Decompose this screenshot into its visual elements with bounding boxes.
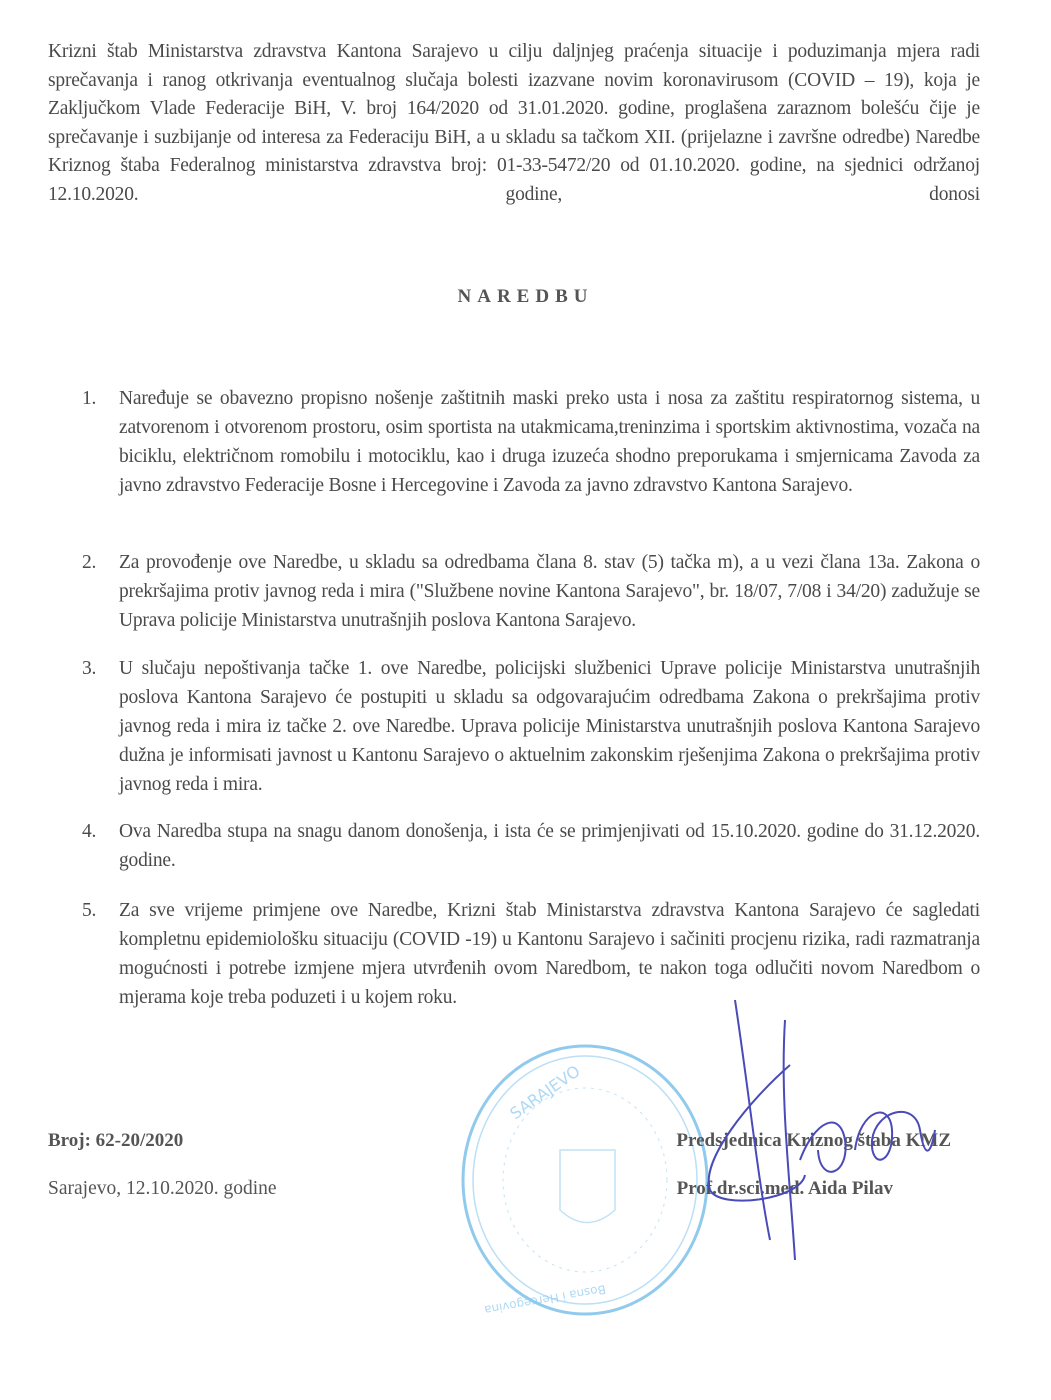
item-text: Ova Naredba stupa na snagu danom donošen… (119, 817, 980, 875)
list-item: 4. Ova Naredba stupa na snagu danom dono… (78, 817, 980, 875)
item-text: Naređuje se obavezno propisno nošenje za… (119, 384, 980, 500)
item-number: 5. (78, 896, 119, 1012)
item-number: 1. (78, 384, 119, 500)
item-number: 4. (78, 817, 119, 875)
list-item: 1. Naređuje se obavezno propisno nošenje… (78, 384, 980, 500)
place-and-date: Sarajevo, 12.10.2020. godine (48, 1178, 277, 1200)
item-text: U slučaju nepoštivanja tačke 1. ove Nare… (119, 654, 980, 799)
list-item: 2. Za provođenje ove Naredbe, u skladu s… (78, 548, 980, 635)
item-number: 2. (78, 548, 119, 635)
svg-text:SARAJEVO: SARAJEVO (506, 1061, 583, 1123)
item-text: Za provođenje ove Naredbe, u skladu sa o… (119, 548, 980, 635)
item-number: 3. (78, 654, 119, 799)
reference-number: Broj: 62-20/2020 (48, 1130, 183, 1152)
document-title: NAREDBU (0, 286, 1051, 308)
preamble-paragraph: Krizni štab Ministarstva zdravstva Kanto… (48, 38, 980, 238)
list-item: 3. U slučaju nepoštivanja tačke 1. ove N… (78, 654, 980, 799)
svg-text:Bosna i Hercegovina: Bosna i Hercegovina (483, 1282, 607, 1317)
handwritten-signature-icon (640, 980, 970, 1270)
